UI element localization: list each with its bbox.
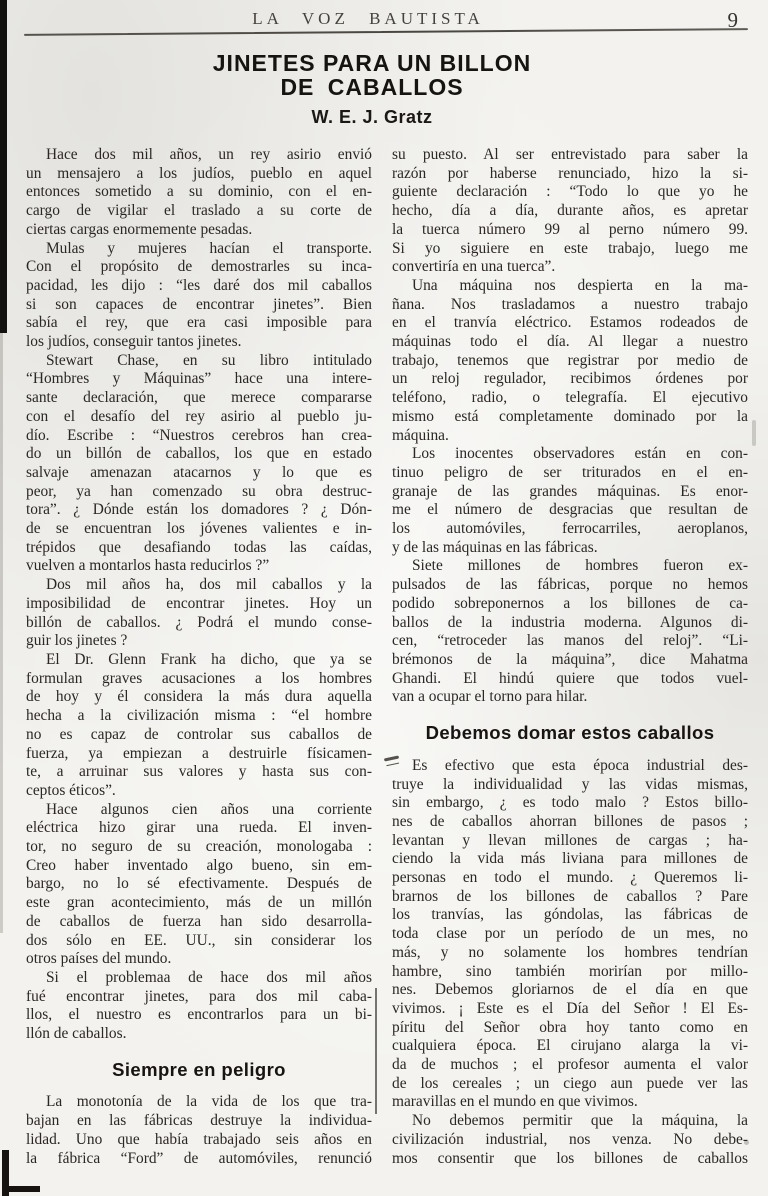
text-line: cargo de vigilar el traslado a su corte … xyxy=(26,202,372,221)
text-line: entonces sometido a su dominio, con el e… xyxy=(26,183,372,202)
text-line: trépidos que desafiando todas las caídas… xyxy=(26,539,372,558)
text-line: pacidad, les dijo : “les daré dos mil ca… xyxy=(26,277,372,296)
text-line: da de muchos ; el profesor aumenta el va… xyxy=(392,1056,748,1075)
text-line: cualquiera época. El cirujano alarga la … xyxy=(392,1037,748,1056)
text-line: Hace dos mil años, un rey asirio envió xyxy=(26,146,372,165)
text-line: La monotonía de la vida de los que tra- xyxy=(26,1093,372,1112)
text-line: y de las máquinas en las fábricas. xyxy=(392,539,748,558)
text-line: granaje de las grandes máquinas. Es enor… xyxy=(392,483,748,502)
text-line: sin embargo, ¿ es todo malo ? Estos bill… xyxy=(392,794,748,813)
article-author: W. E. J. Gratz xyxy=(0,107,744,128)
text-line: ceptos éticos”. xyxy=(26,782,372,801)
text-line: van a ocupar el torno para hilar. xyxy=(392,688,748,707)
text-line: llos, el nuestro es encontrarlos para un… xyxy=(26,1006,372,1025)
text-line: trabajo, tenemos que registrar por medio… xyxy=(392,352,748,371)
text-line: vivimos. ¡ Este es el Día del Señor ! El… xyxy=(392,1000,748,1019)
text-line: Si yo siguiere en este trabajo, luego me xyxy=(392,240,748,259)
text-line: máquina. xyxy=(392,427,748,446)
text-line: Una máquina nos despierta en la ma- xyxy=(392,277,748,296)
text-line: salvaje amenazan atacarnos y lo que es xyxy=(26,464,372,483)
scan-edge-artifact-mid xyxy=(0,333,3,933)
text-line: de hoy y él considera la más dura aquell… xyxy=(26,688,372,707)
text-line: maravillas en el mundo en que vivimos. xyxy=(392,1093,748,1112)
scan-corner-mark-horizontal xyxy=(2,1186,40,1192)
right-column: su puesto. Al ser entrevistado para sabe… xyxy=(392,146,748,1168)
masthead: LA VOZ BAUTISTA xyxy=(0,9,736,29)
text-line: cen, “retroceder las manos del reloj”. “… xyxy=(392,632,748,651)
text-line: No debemos permitir que la máquina, la xyxy=(392,1112,748,1131)
text-line: ñana. Nos trasladamos a nuestro trabajo xyxy=(392,296,748,315)
text-line: Los inocentes observadores están en con- xyxy=(392,445,748,464)
text-line: nes. Debemos gloriarnos de el día en que xyxy=(392,981,748,1000)
text-line: si son capaces de encontrar jinetes”. Bi… xyxy=(26,296,372,315)
text-line: te, a arruinar sus valores y hasta sus c… xyxy=(26,763,372,782)
text-line: Si el problemaa de hace dos mil años xyxy=(26,969,372,988)
text-line: Siete millones de hombres fueron ex- xyxy=(392,557,748,576)
text-line: guiente declaración : “Todo lo que yo he xyxy=(392,183,748,202)
text-line: tora”. ¿ Dónde están los domadores ? ¿ D… xyxy=(26,501,372,520)
scanned-page: LA VOZ BAUTISTA 9 JINETES PARA UN BILLON… xyxy=(0,0,768,1196)
text-line: Hace algunos cien años una corriente xyxy=(26,801,372,820)
text-line: bajan en las fábricas destruye la indivi… xyxy=(26,1112,372,1131)
text-line: con el desafío del rey asirio al pueblo … xyxy=(26,408,372,427)
text-line: los judíos, conseguir tantos jinetes. xyxy=(26,333,372,352)
text-line: eléctrica hizo girar una rueda. El inven… xyxy=(26,819,372,838)
text-line: píritu del Señor obra hoy tanto como en xyxy=(392,1019,748,1038)
text-line: Mulas y mujeres hacían el transporte. xyxy=(26,240,372,259)
text-line: peor, ya han comenzado su obra destruc- xyxy=(26,483,372,502)
text-line: un reloj regulador, recibimos órdenes po… xyxy=(392,370,748,389)
text-line: Ghandi. El hindú quiere que todos vuel- xyxy=(392,670,748,689)
text-line: teléfono, radio, o telegrafía. El ejecut… xyxy=(392,389,748,408)
left-column: Hace dos mil años, un rey asirio envióun… xyxy=(26,146,372,1168)
text-line: máquinas todo el día. Al llegar a nuestr… xyxy=(392,333,748,352)
text-line: brémonos de la máquina”, dice Mahatma xyxy=(392,651,748,670)
text-line: levantan y llevan millones de cargas ; h… xyxy=(392,832,748,851)
text-line: Stewart Chase, en su libro intitulado xyxy=(26,352,372,371)
text-line: Dos mil años ha, dos mil caballos y la xyxy=(26,576,372,595)
text-line: pulsados de las fábricas, porque no hemo… xyxy=(392,576,748,595)
text-line: la fábrica “Ford” de automóviles, renunc… xyxy=(26,1150,372,1169)
text-line: billón de caballos. ¿ Podrá el mundo con… xyxy=(26,614,372,633)
text-line: los automóviles, ferrocarriles, aeroplan… xyxy=(392,520,748,539)
text-line: razón por haberse renunciado, hizo la si… xyxy=(392,165,748,184)
header-rule xyxy=(24,28,748,36)
text-line: brarnos de los billones de caballos ? Pa… xyxy=(392,888,748,907)
text-line: la tuerca número 99 al perno número 99. xyxy=(392,221,748,240)
section-heading: Siempre en peligro xyxy=(26,1061,372,1080)
text-line: mismo está completamente dominado por la xyxy=(392,408,748,427)
text-line: Es efectivo que esta época industrial de… xyxy=(392,757,748,776)
text-line: llón de caballos. xyxy=(26,1025,372,1044)
text-line: ballos de la industria moderna. Algunos … xyxy=(392,614,748,633)
text-line: Creo haber inventado algo bueno, sin em- xyxy=(26,857,372,876)
text-line: do un billón de caballos, los que en est… xyxy=(26,445,372,464)
text-line: los tranvías, las góndolas, las fábricas… xyxy=(392,906,748,925)
text-line: hecha a la civilización misma : “el homb… xyxy=(26,707,372,726)
text-line: nes de caballos ahorran billones de paso… xyxy=(392,813,748,832)
text-line: civilización industrial, nos venza. No d… xyxy=(392,1131,748,1150)
text-line: sabía el rey, que era casi imposible par… xyxy=(26,314,372,333)
text-line: tinuo peligro de ser triturados en el en… xyxy=(392,464,748,483)
text-line: dos sólo en EE. UU., sin considerar los xyxy=(26,932,372,951)
text-line: personas en todo el mundo. ¿ Queremos li… xyxy=(392,869,748,888)
text-line: hambre, sino también morirían por millo- xyxy=(392,963,748,982)
text-line: convertiría en una tuerca”. xyxy=(392,258,748,277)
article-title-line1: JINETES PARA UN BILLON xyxy=(0,50,744,77)
text-line: podido sobreponernos a los billones de c… xyxy=(392,595,748,614)
text-line: tor, no seguro de su creación, monologab… xyxy=(26,838,372,857)
text-line: bargo, no lo sé efectivamente. Después d… xyxy=(26,875,372,894)
text-line: ciendo la vida más liviana para millones… xyxy=(392,850,748,869)
text-line: en el tranvía eléctrico. Estamos rodeado… xyxy=(392,314,748,333)
text-line: más, y no solamente los hombres tendrían xyxy=(392,944,748,963)
text-line: sante declaración, que merece compararse xyxy=(26,389,372,408)
text-line: “Hombres y Máquinas” hace una intere- xyxy=(26,370,372,389)
text-line: su puesto. Al ser entrevistado para sabe… xyxy=(392,146,748,165)
scan-speck xyxy=(752,420,756,446)
text-line: de los cereales ; un ciego aun puede ver… xyxy=(392,1075,748,1094)
text-line: de se encuentran los jóvenes valientes e… xyxy=(26,520,372,539)
article-title-line2: DE CABALLOS xyxy=(0,74,744,101)
text-line: El Dr. Glenn Frank ha dicho, que ya se xyxy=(26,651,372,670)
text-line: guir los jinetes ? xyxy=(26,632,372,651)
text-line: formulan graves acusaciones a los hombre… xyxy=(26,670,372,689)
text-line: imposibilidad de encontrar jinetes. Hoy … xyxy=(26,595,372,614)
text-line: este gran acontecimiento, más de un mill… xyxy=(26,894,372,913)
text-line: vuelven a montarlos hasta reducirlos ?” xyxy=(26,557,372,576)
text-line: otros países del mundo. xyxy=(26,950,372,969)
text-line: me el número de desgracias que resultan … xyxy=(392,501,748,520)
text-line: truye la individualidad y las vidas mism… xyxy=(392,776,748,795)
text-line: no es capaz de controlar sus caballos de xyxy=(26,726,372,745)
text-line: fué encontrar jinetes, para dos mil caba… xyxy=(26,988,372,1007)
text-line: dío. Escribe : “Nuestros cerebros han cr… xyxy=(26,427,372,446)
text-line: Con el propósito de demostrarles su inca… xyxy=(26,258,372,277)
text-line: fuerza, ya empiezan a destruirle físicam… xyxy=(26,745,372,764)
text-line: toda clase por un período de un mes, no xyxy=(392,925,748,944)
section-heading: Debemos domar estos caballos xyxy=(392,724,748,743)
text-line: mos consentir que los billones de caball… xyxy=(392,1150,748,1169)
text-line: de caballos de fuerza han sido desarroll… xyxy=(26,913,372,932)
text-line: un mensajero a los judíos, pueblo en aqu… xyxy=(26,165,372,184)
text-line: ciertas cargas enormemente pesadas. xyxy=(26,221,372,240)
column-gutter-line-artifact xyxy=(375,988,377,1114)
text-line: lidad. Uno que había trabajado seis años… xyxy=(26,1131,372,1150)
text-line: hecho, día a día, durante años, es apret… xyxy=(392,202,748,221)
